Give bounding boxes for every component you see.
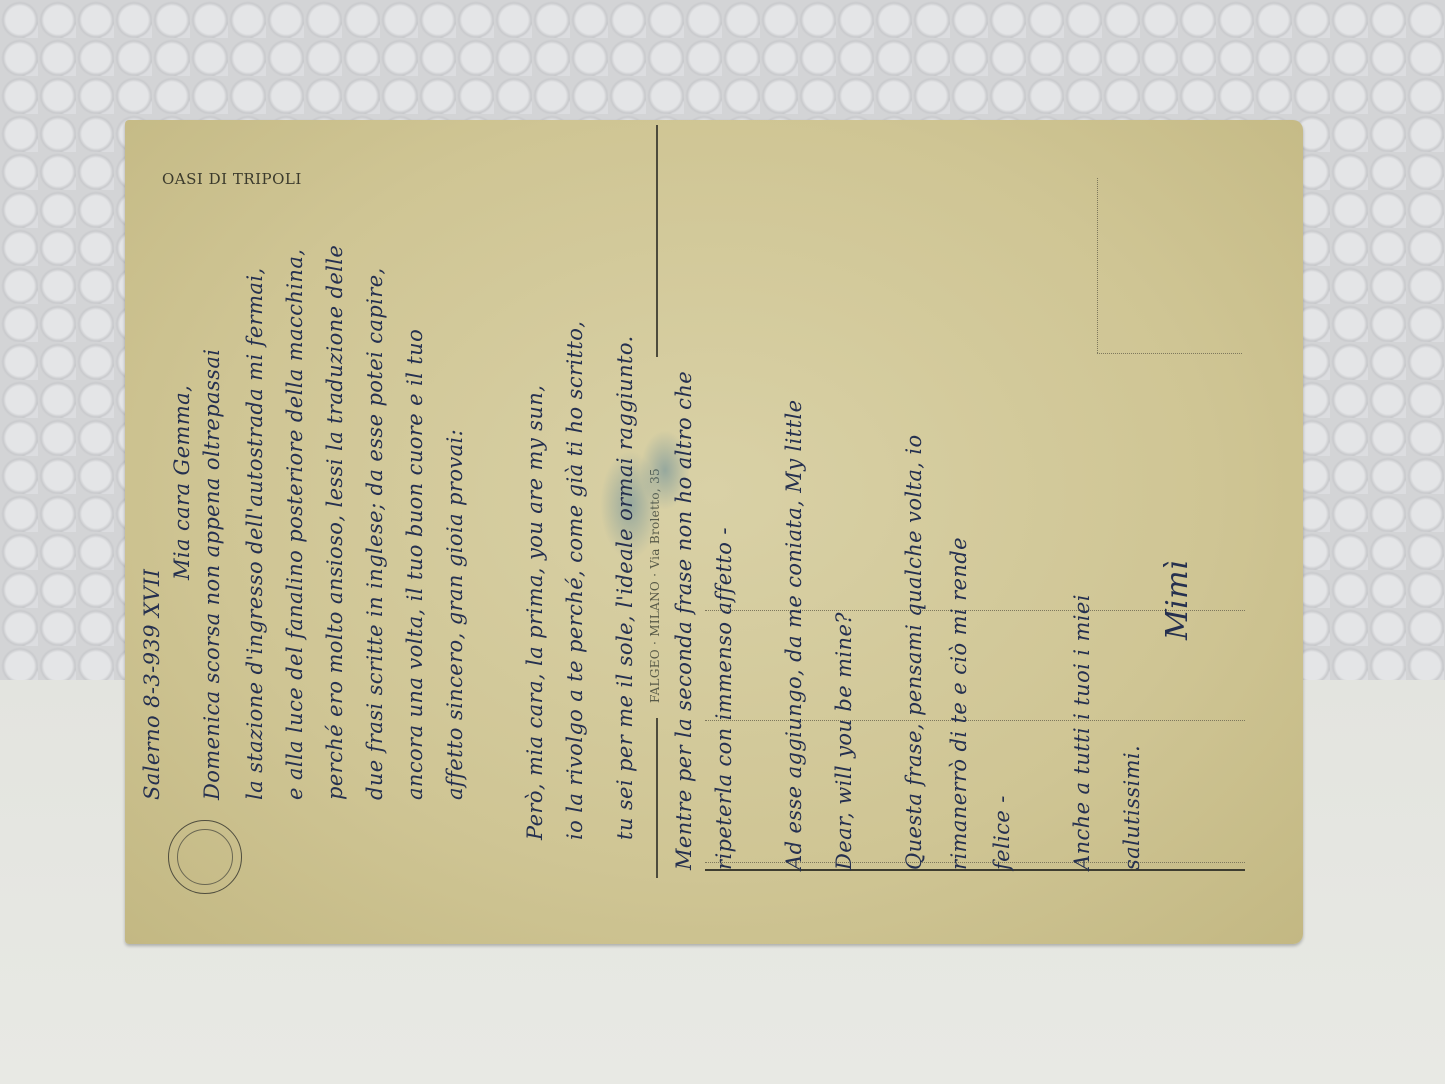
handwritten-line: salutissimi. — [1120, 745, 1144, 870]
handwritten-line: Anche a tutti i tuoi i miei — [1070, 594, 1094, 870]
handwritten-line: e alla luce del fanalino posteriore dell… — [283, 249, 307, 800]
center-divider-top — [656, 125, 658, 357]
handwritten-line: rimanerrò di te e ciò mi rende — [947, 537, 971, 870]
handwritten-line: Dear, will you be mine? — [832, 612, 856, 870]
publisher-logo-icon — [168, 820, 242, 894]
handwritten-line: la stazione d'ingresso dell'autostrada m… — [243, 267, 267, 800]
handwritten-line: affetto sincero, gran gioia provai: — [443, 429, 467, 800]
handwritten-line: Domenica scorsa non appena oltrepassai — [200, 349, 224, 800]
handwritten-line: Questa frase, pensami qualche volta, io — [902, 434, 926, 870]
handwritten-line: felice - — [990, 795, 1014, 870]
handwritten-line: ripeterla con immenso affetto - — [712, 527, 736, 870]
handwritten-line: due frasi scritte in inglese; da esse po… — [363, 267, 387, 800]
handwritten-line: ancora una volta, il tuo buon cuore e il… — [403, 329, 427, 800]
stamp-box-edge — [1097, 178, 1098, 353]
printed-title: OASI DI TRIPOLI — [162, 170, 302, 188]
handwritten-line: perché ero molto ansioso, lessi la tradu… — [323, 245, 347, 800]
handwritten-line: Però, mia cara, la prima, you are my sun… — [523, 385, 547, 840]
signature: Mimì — [1160, 560, 1195, 640]
stamp-box-bottom — [1097, 353, 1242, 354]
handwritten-line: Mentre per la seconda frase non ho altro… — [672, 371, 696, 870]
handwritten-line: tu sei per me il sole, l'ideale ormai ra… — [613, 335, 637, 840]
handwritten-date: Salerno 8-3-939 XVII — [140, 569, 164, 800]
handwritten-line: io la rivolgo a te perché, come già ti h… — [563, 321, 587, 840]
center-divider-bottom — [656, 718, 658, 878]
handwritten-line: Ad esse aggiungo, da me coniata, My litt… — [782, 400, 806, 870]
handwritten-salutation: Mia cara Gemma, — [170, 385, 194, 580]
